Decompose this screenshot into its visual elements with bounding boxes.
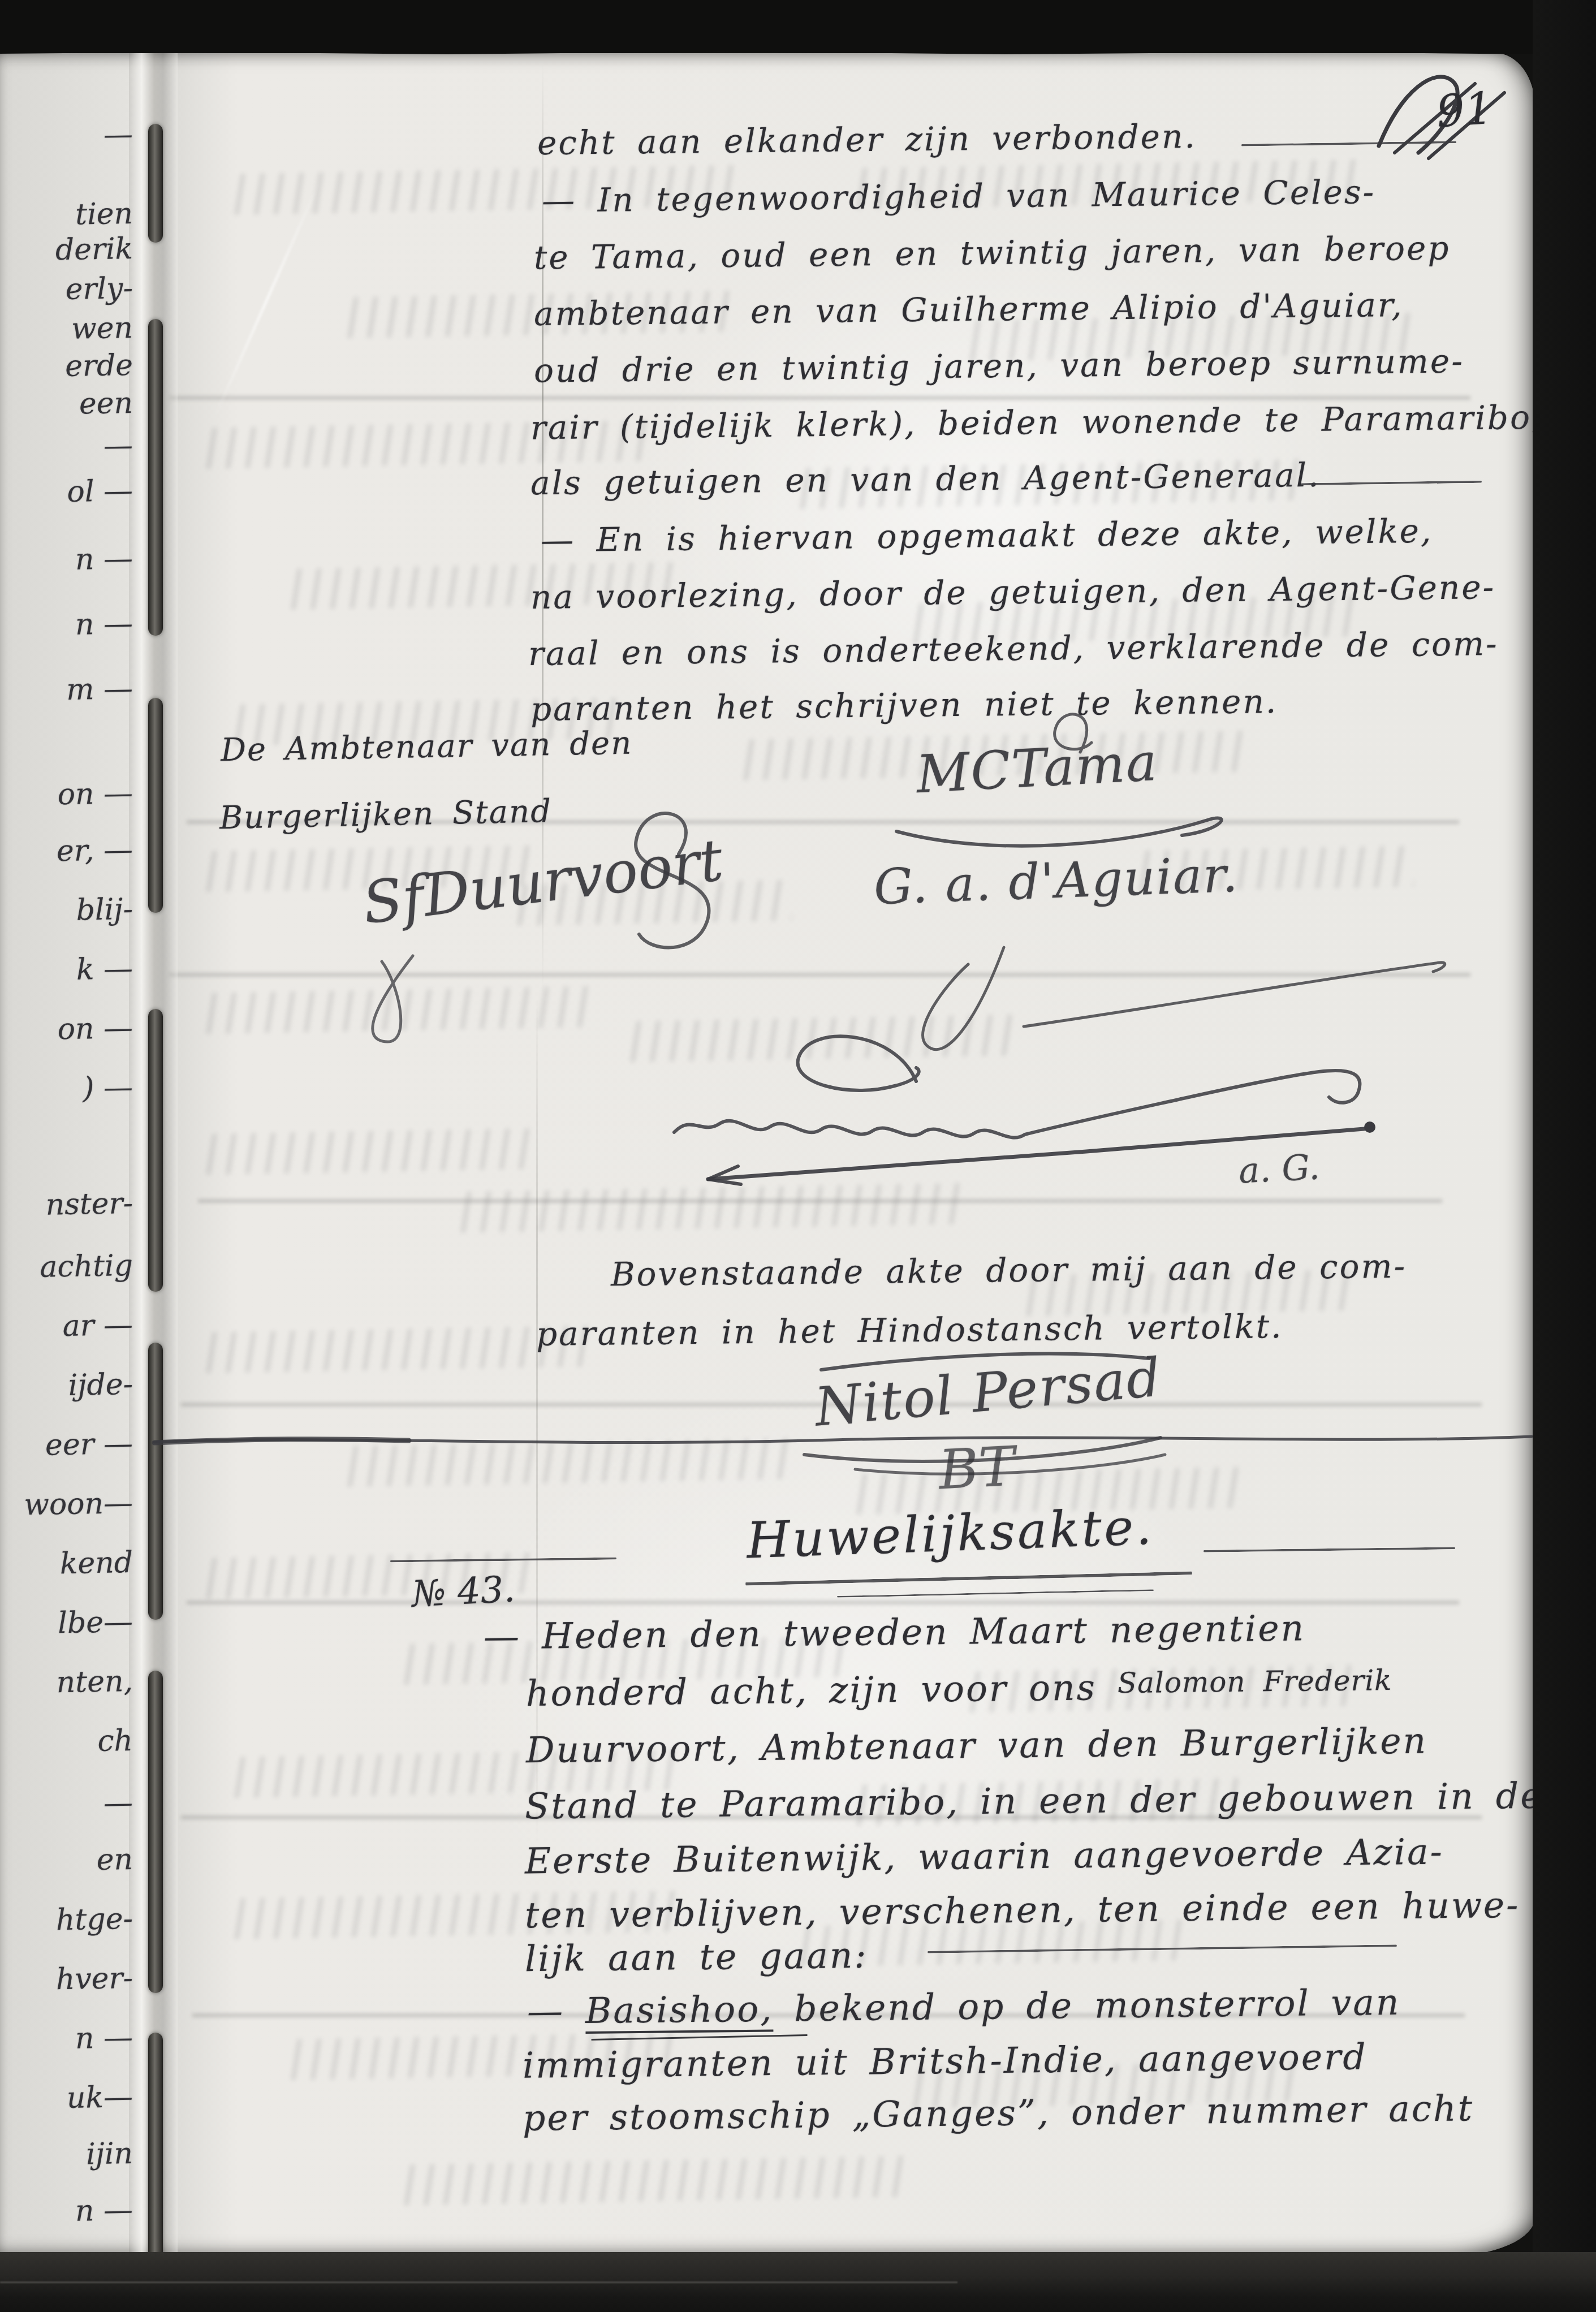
left-page-fragment: hver- [0, 1961, 133, 1998]
binding-cord [148, 319, 163, 636]
page-number: 91 [1435, 83, 1494, 138]
record-line: immigranten uit Britsh-Indie, aangevoerd [523, 2036, 1368, 2086]
left-page-fragment: tien [0, 197, 133, 233]
record-divider-rule [152, 1424, 1537, 1464]
left-page-fragment: n — [0, 2021, 133, 2057]
bleedthrough-hatch [197, 1128, 537, 1175]
left-page-fragment: ijde- [0, 1368, 133, 1404]
binding-cord [148, 1671, 163, 1993]
vertical-crease [536, 995, 538, 1844]
left-page-fragment: ch [0, 1724, 133, 1760]
officiant-signature-flourish [328, 786, 769, 1046]
record-line: — Heden den tweeden Maart negentien [484, 1607, 1306, 1657]
left-page-fragment: n — [0, 2193, 133, 2229]
left-page-fragment: kend [0, 1546, 133, 1582]
left-page-fragment: erly- [0, 271, 133, 308]
officiant-title-line1: De Ambtenaar van den [220, 725, 632, 769]
left-page-fragment: n — [0, 607, 133, 643]
record-line: echt aan elkander zijn verbonden. [537, 117, 1197, 162]
scanned-registry-page: —tienderikerly-wenerdeeen—ol —n —n —m —o… [0, 0, 1596, 2312]
left-page-fragment: woon— [0, 1486, 133, 1522]
left-page-fragment: n — [0, 542, 133, 578]
binding-cord [148, 2033, 163, 2259]
record-number: № 43. [411, 1568, 516, 1615]
left-page-fragment: nster- [0, 1187, 133, 1223]
left-page-fragment: — [0, 1786, 133, 1822]
left-page-fragment: een [0, 386, 133, 422]
left-page-fragment: uk— [0, 2080, 133, 2116]
left-page-fragment: eer — [0, 1427, 133, 1463]
left-page-fragment: — [0, 429, 133, 465]
left-page-fragment: derik [0, 232, 133, 268]
left-page-fragment: achtig [0, 1249, 133, 1285]
record-line-segment: honderd acht, zijn voor ons [526, 1667, 1118, 1714]
left-page-fragment: ol — [0, 474, 133, 510]
inserted-text: Salomon Frederik [1117, 1664, 1392, 1700]
bleedthrough-line [187, 1601, 1459, 1604]
left-page-fragment: — [0, 118, 133, 154]
binding-cord [148, 698, 163, 913]
left-page-fragment: on — [0, 777, 133, 813]
left-page-fragment: en [0, 1843, 133, 1879]
underlined-name: Basishoo, [585, 1989, 774, 2034]
left-page-fragment: k — [0, 952, 133, 988]
book-binding [129, 53, 178, 2257]
agent-general-initials: a. G. [1237, 1146, 1321, 1191]
scan-border-bottom [0, 2252, 1596, 2312]
left-page-fragment: erde [0, 348, 133, 385]
left-page-fragment: on — [0, 1011, 133, 1047]
bleedthrough-hatch [197, 1326, 594, 1373]
left-page-fragment: ) — [0, 1071, 133, 1107]
record-line-segment: — [527, 1990, 586, 2032]
left-page-fragment: lbe— [0, 1605, 133, 1641]
left-page-fragment: ar — [0, 1308, 133, 1344]
scan-border-top [0, 0, 1596, 57]
binding-cord [148, 1343, 163, 1620]
left-page-fragment: ijin [0, 2137, 133, 2173]
binding-cord [148, 124, 163, 243]
record-line-segment: bekend op de monsterrol van [773, 1982, 1401, 2030]
agent-general-signature-flourish [650, 1018, 1459, 1205]
scan-border-right [1533, 0, 1596, 2312]
left-page-fragment: htge- [0, 1902, 133, 1938]
left-page-fragment: wen [0, 311, 133, 347]
left-page-fragment: blij- [0, 892, 133, 929]
left-page-fragment: nten, [0, 1664, 133, 1701]
bleedthrough-line [170, 396, 1470, 400]
left-page-fragment: er, — [0, 833, 133, 869]
record-line: lijk aan te gaan: [525, 1935, 868, 1979]
left-page-fragment: m — [0, 672, 133, 708]
binding-cord [148, 1009, 163, 1292]
